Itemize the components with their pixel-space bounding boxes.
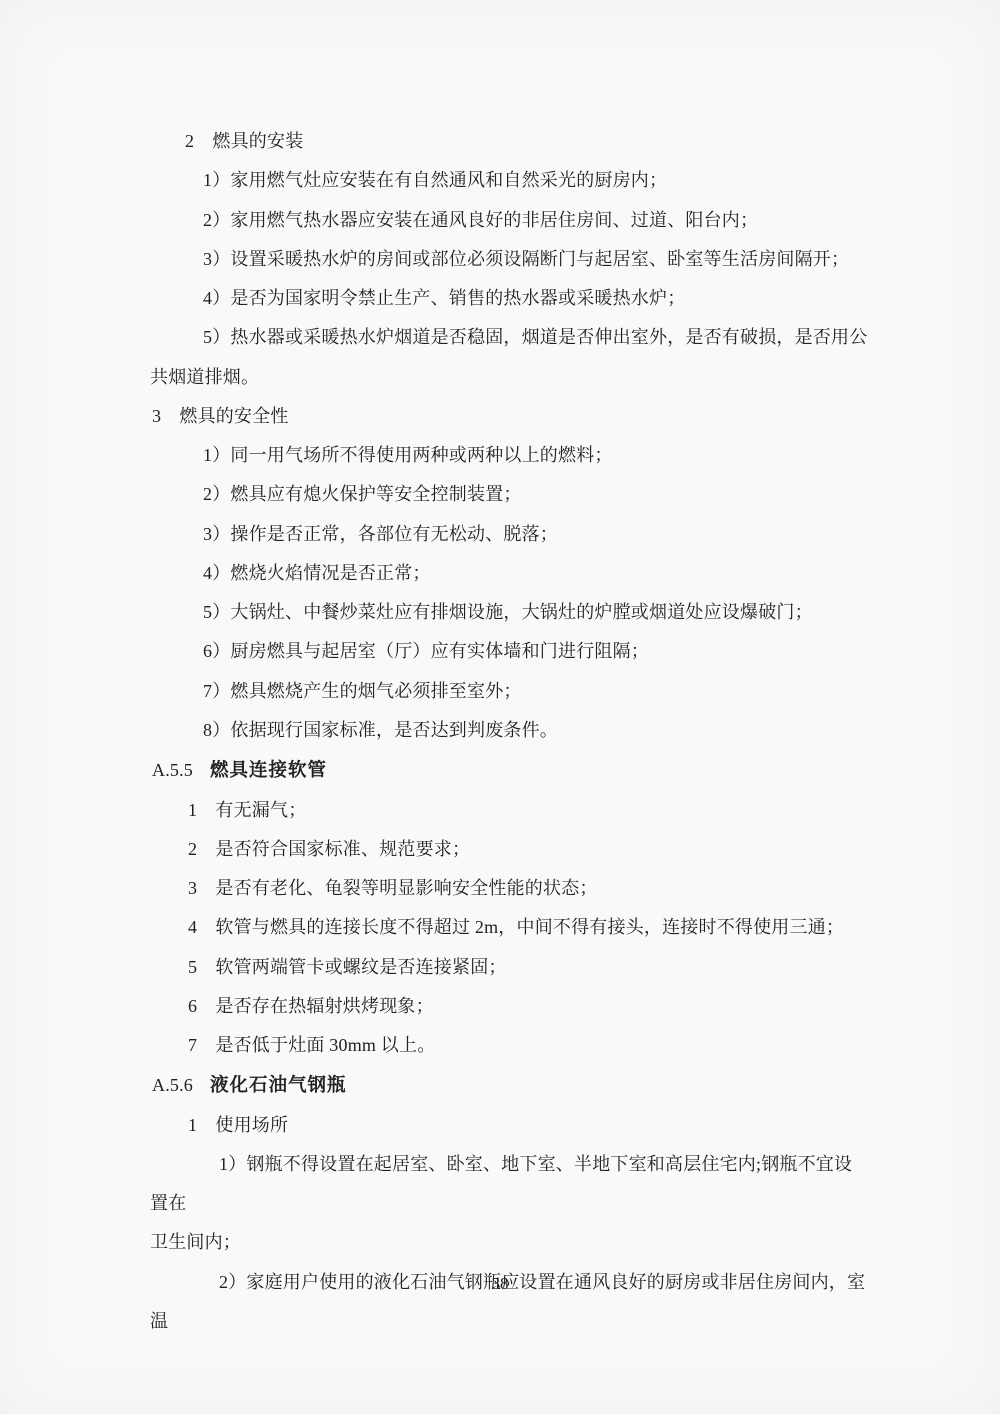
list-item: 2 是否符合国家标准、规范要求； <box>150 830 868 869</box>
list-item: 3）操作是否正常，各部位有无松动、脱落； <box>150 515 868 554</box>
list-item: 6）厨房燃具与起居室（厅）应有实体墙和门进行阻隔； <box>150 632 868 671</box>
list-item: 1）家用燃气灶应安装在有自然通风和自然采光的厨房内； <box>150 161 868 200</box>
list-item: 1 使用场所 <box>150 1106 868 1145</box>
clause-heading: A.5.5燃具连接软管 <box>150 750 868 790</box>
document-body: 2 燃具的安装1）家用燃气灶应安装在有自然通风和自然采光的厨房内；2）家用燃气热… <box>150 122 868 1341</box>
list-item: 4 软管与燃具的连接长度不得超过 2m，中间不得有接头，连接时不得使用三通； <box>150 908 868 947</box>
list-item: 1）同一用气场所不得使用两种或两种以上的燃料； <box>150 436 868 475</box>
list-item: 2 燃具的安装 <box>150 122 868 161</box>
list-item: 4）燃烧火焰情况是否正常； <box>150 554 868 593</box>
list-item: 1 有无漏气； <box>150 791 868 830</box>
list-item: 2）燃具应有熄火保护等安全控制装置； <box>150 475 868 514</box>
list-item: 2）家用燃气热水器应安装在通风良好的非居住房间、过道、阳台内； <box>150 201 868 240</box>
list-item: 3）设置采暖热水炉的房间或部位必须设隔断门与起居室、卧室等生活房间隔开； <box>150 240 868 279</box>
document-page: 2 燃具的安装1）家用燃气灶应安装在有自然通风和自然采光的厨房内；2）家用燃气热… <box>0 0 1000 1414</box>
clause-number: A.5.6 <box>152 1075 193 1095</box>
list-item: 3 燃具的安全性 <box>150 397 868 436</box>
list-item: 7）燃具燃烧产生的烟气必须排至室外； <box>150 672 868 711</box>
list-item: 8）依据现行国家标准，是否达到判废条件。 <box>150 711 868 750</box>
clause-title: 液化石油气钢瓶 <box>210 1074 347 1095</box>
list-item: 1）钢瓶不得设置在起居室、卧室、地下室、半地下室和高层住宅内;钢瓶不宜设置在 卫… <box>150 1145 868 1263</box>
clause-number: A.5.5 <box>152 760 193 780</box>
clause-heading: A.5.6液化石油气钢瓶 <box>150 1065 868 1105</box>
list-item: 5 软管两端管卡或螺纹是否连接紧固； <box>150 948 868 987</box>
list-item: 5）热水器或采暖热水炉烟道是否稳固，烟道是否伸出室外，是否有破损，是否用公 共烟… <box>150 318 868 397</box>
list-item: 6 是否存在热辐射烘烤现象； <box>150 987 868 1026</box>
list-item: 5）大锅灶、中餐炒菜灶应有排烟设施，大锅灶的炉膛或烟道处应设爆破门； <box>150 593 868 632</box>
page-number: 38 <box>0 1266 1000 1302</box>
clause-title: 燃具连接软管 <box>210 759 327 780</box>
list-item: 3 是否有老化、龟裂等明显影响安全性能的状态； <box>150 869 868 908</box>
list-item: 7 是否低于灶面 30mm 以上。 <box>150 1026 868 1065</box>
list-item: 4）是否为国家明令禁止生产、销售的热水器或采暖热水炉； <box>150 279 868 318</box>
